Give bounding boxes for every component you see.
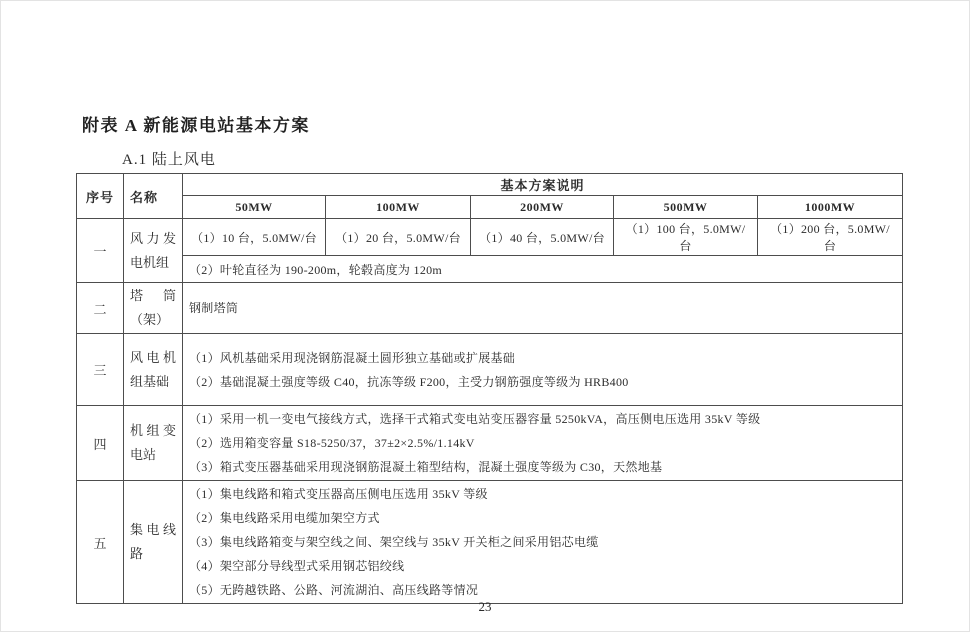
header-row-1: 序号 名称 基本方案说明 bbox=[77, 174, 903, 196]
row1-cell-1000mw: （1）200 台，5.0MW/台 bbox=[758, 219, 903, 256]
row4-line-1: （1）采用一机一变电气接线方式，选择干式箱式变电站变压器容量 5250kVA，高… bbox=[189, 407, 896, 431]
row4-name: 机组变电站 bbox=[124, 406, 183, 481]
table-row-foundation: 三 风电机组基础 （1）风机基础采用现浇钢筋混凝土圆形独立基础或扩展基础 （2）… bbox=[77, 334, 903, 406]
row1-cell-100mw: （1）20 台，5.0MW/台 bbox=[326, 219, 471, 256]
row3-seq: 三 bbox=[77, 334, 124, 406]
row1-seq: 一 bbox=[77, 219, 124, 283]
row5-name: 集电线路 bbox=[124, 481, 183, 604]
row3-desc: （1）风机基础采用现浇钢筋混凝土圆形独立基础或扩展基础 （2）基础混凝土强度等级… bbox=[183, 334, 903, 406]
header-name: 名称 bbox=[124, 174, 183, 219]
row5-desc: （1）集电线路和箱式变压器高压侧电压选用 35kV 等级 （2）集电线路采用电缆… bbox=[183, 481, 903, 604]
page-number: 23 bbox=[1, 599, 969, 615]
row5-line-2: （2）集电线路采用电缆加架空方式 bbox=[189, 506, 896, 530]
header-capacity-100mw: 100MW bbox=[326, 196, 471, 219]
row5-line-1: （1）集电线路和箱式变压器高压侧电压选用 35kV 等级 bbox=[189, 482, 896, 506]
header-capacity-1000mw: 1000MW bbox=[758, 196, 903, 219]
row2-seq: 二 bbox=[77, 283, 124, 334]
table-row-turbines-b: （2）叶轮直径为 190-200m，轮毂高度为 120m bbox=[77, 256, 903, 283]
row1-cell-50mw: （1）10 台，5.0MW/台 bbox=[183, 219, 326, 256]
row5-seq: 五 bbox=[77, 481, 124, 604]
row2-name: 塔筒（架） bbox=[124, 283, 183, 334]
scheme-table: 序号 名称 基本方案说明 50MW 100MW 200MW 500MW 1000… bbox=[76, 173, 903, 604]
row3-name: 风电机组基础 bbox=[124, 334, 183, 406]
header-capacity-200mw: 200MW bbox=[471, 196, 614, 219]
row5-line-3: （3）集电线路箱变与架空线之间、架空线与 35kV 开关柜之间采用铝芯电缆 bbox=[189, 530, 896, 554]
table-row-turbines-a: 一 风力发电机组 （1）10 台，5.0MW/台 （1）20 台，5.0MW/台… bbox=[77, 219, 903, 256]
row4-line-3: （3）箱式变压器基础采用现浇钢筋混凝土箱型结构，混凝土强度等级为 C30，天然地… bbox=[189, 455, 896, 479]
document-page: 附表 A 新能源电站基本方案 A.1 陆上风电 序号 名称 基本方案说明 50M… bbox=[0, 0, 970, 632]
page-title: 附表 A 新能源电站基本方案 bbox=[82, 111, 310, 136]
row1-cell-200mw: （1）40 台，5.0MW/台 bbox=[471, 219, 614, 256]
section-subtitle: A.1 陆上风电 bbox=[122, 148, 216, 169]
row5-line-4: （4）架空部分导线型式采用钢芯铝绞线 bbox=[189, 554, 896, 578]
row4-line-2: （2）选用箱变容量 S18-5250/37，37±2×2.5%/1.14kV bbox=[189, 431, 896, 455]
row4-seq: 四 bbox=[77, 406, 124, 481]
row1-shared-note: （2）叶轮直径为 190-200m，轮毂高度为 120m bbox=[183, 256, 903, 283]
row1-name: 风力发电机组 bbox=[124, 219, 183, 283]
header-row-2: 50MW 100MW 200MW 500MW 1000MW bbox=[77, 196, 903, 219]
row3-line-2: （2）基础混凝土强度等级 C40，抗冻等级 F200，主受力钢筋强度等级为 HR… bbox=[189, 370, 896, 394]
table-row-substation: 四 机组变电站 （1）采用一机一变电气接线方式，选择干式箱式变电站变压器容量 5… bbox=[77, 406, 903, 481]
row4-desc: （1）采用一机一变电气接线方式，选择干式箱式变电站变压器容量 5250kVA，高… bbox=[183, 406, 903, 481]
row2-desc: 钢制塔筒 bbox=[183, 283, 903, 334]
row3-line-1: （1）风机基础采用现浇钢筋混凝土圆形独立基础或扩展基础 bbox=[189, 346, 896, 370]
header-capacity-50mw: 50MW bbox=[183, 196, 326, 219]
header-desc: 基本方案说明 bbox=[183, 174, 903, 196]
header-capacity-500mw: 500MW bbox=[614, 196, 758, 219]
table-row-collector-line: 五 集电线路 （1）集电线路和箱式变压器高压侧电压选用 35kV 等级 （2）集… bbox=[77, 481, 903, 604]
header-seq: 序号 bbox=[77, 174, 124, 219]
row2-line-1: 钢制塔筒 bbox=[189, 296, 896, 320]
row1-cell-500mw: （1）100 台，5.0MW/台 bbox=[614, 219, 758, 256]
table-row-tower: 二 塔筒（架） 钢制塔筒 bbox=[77, 283, 903, 334]
